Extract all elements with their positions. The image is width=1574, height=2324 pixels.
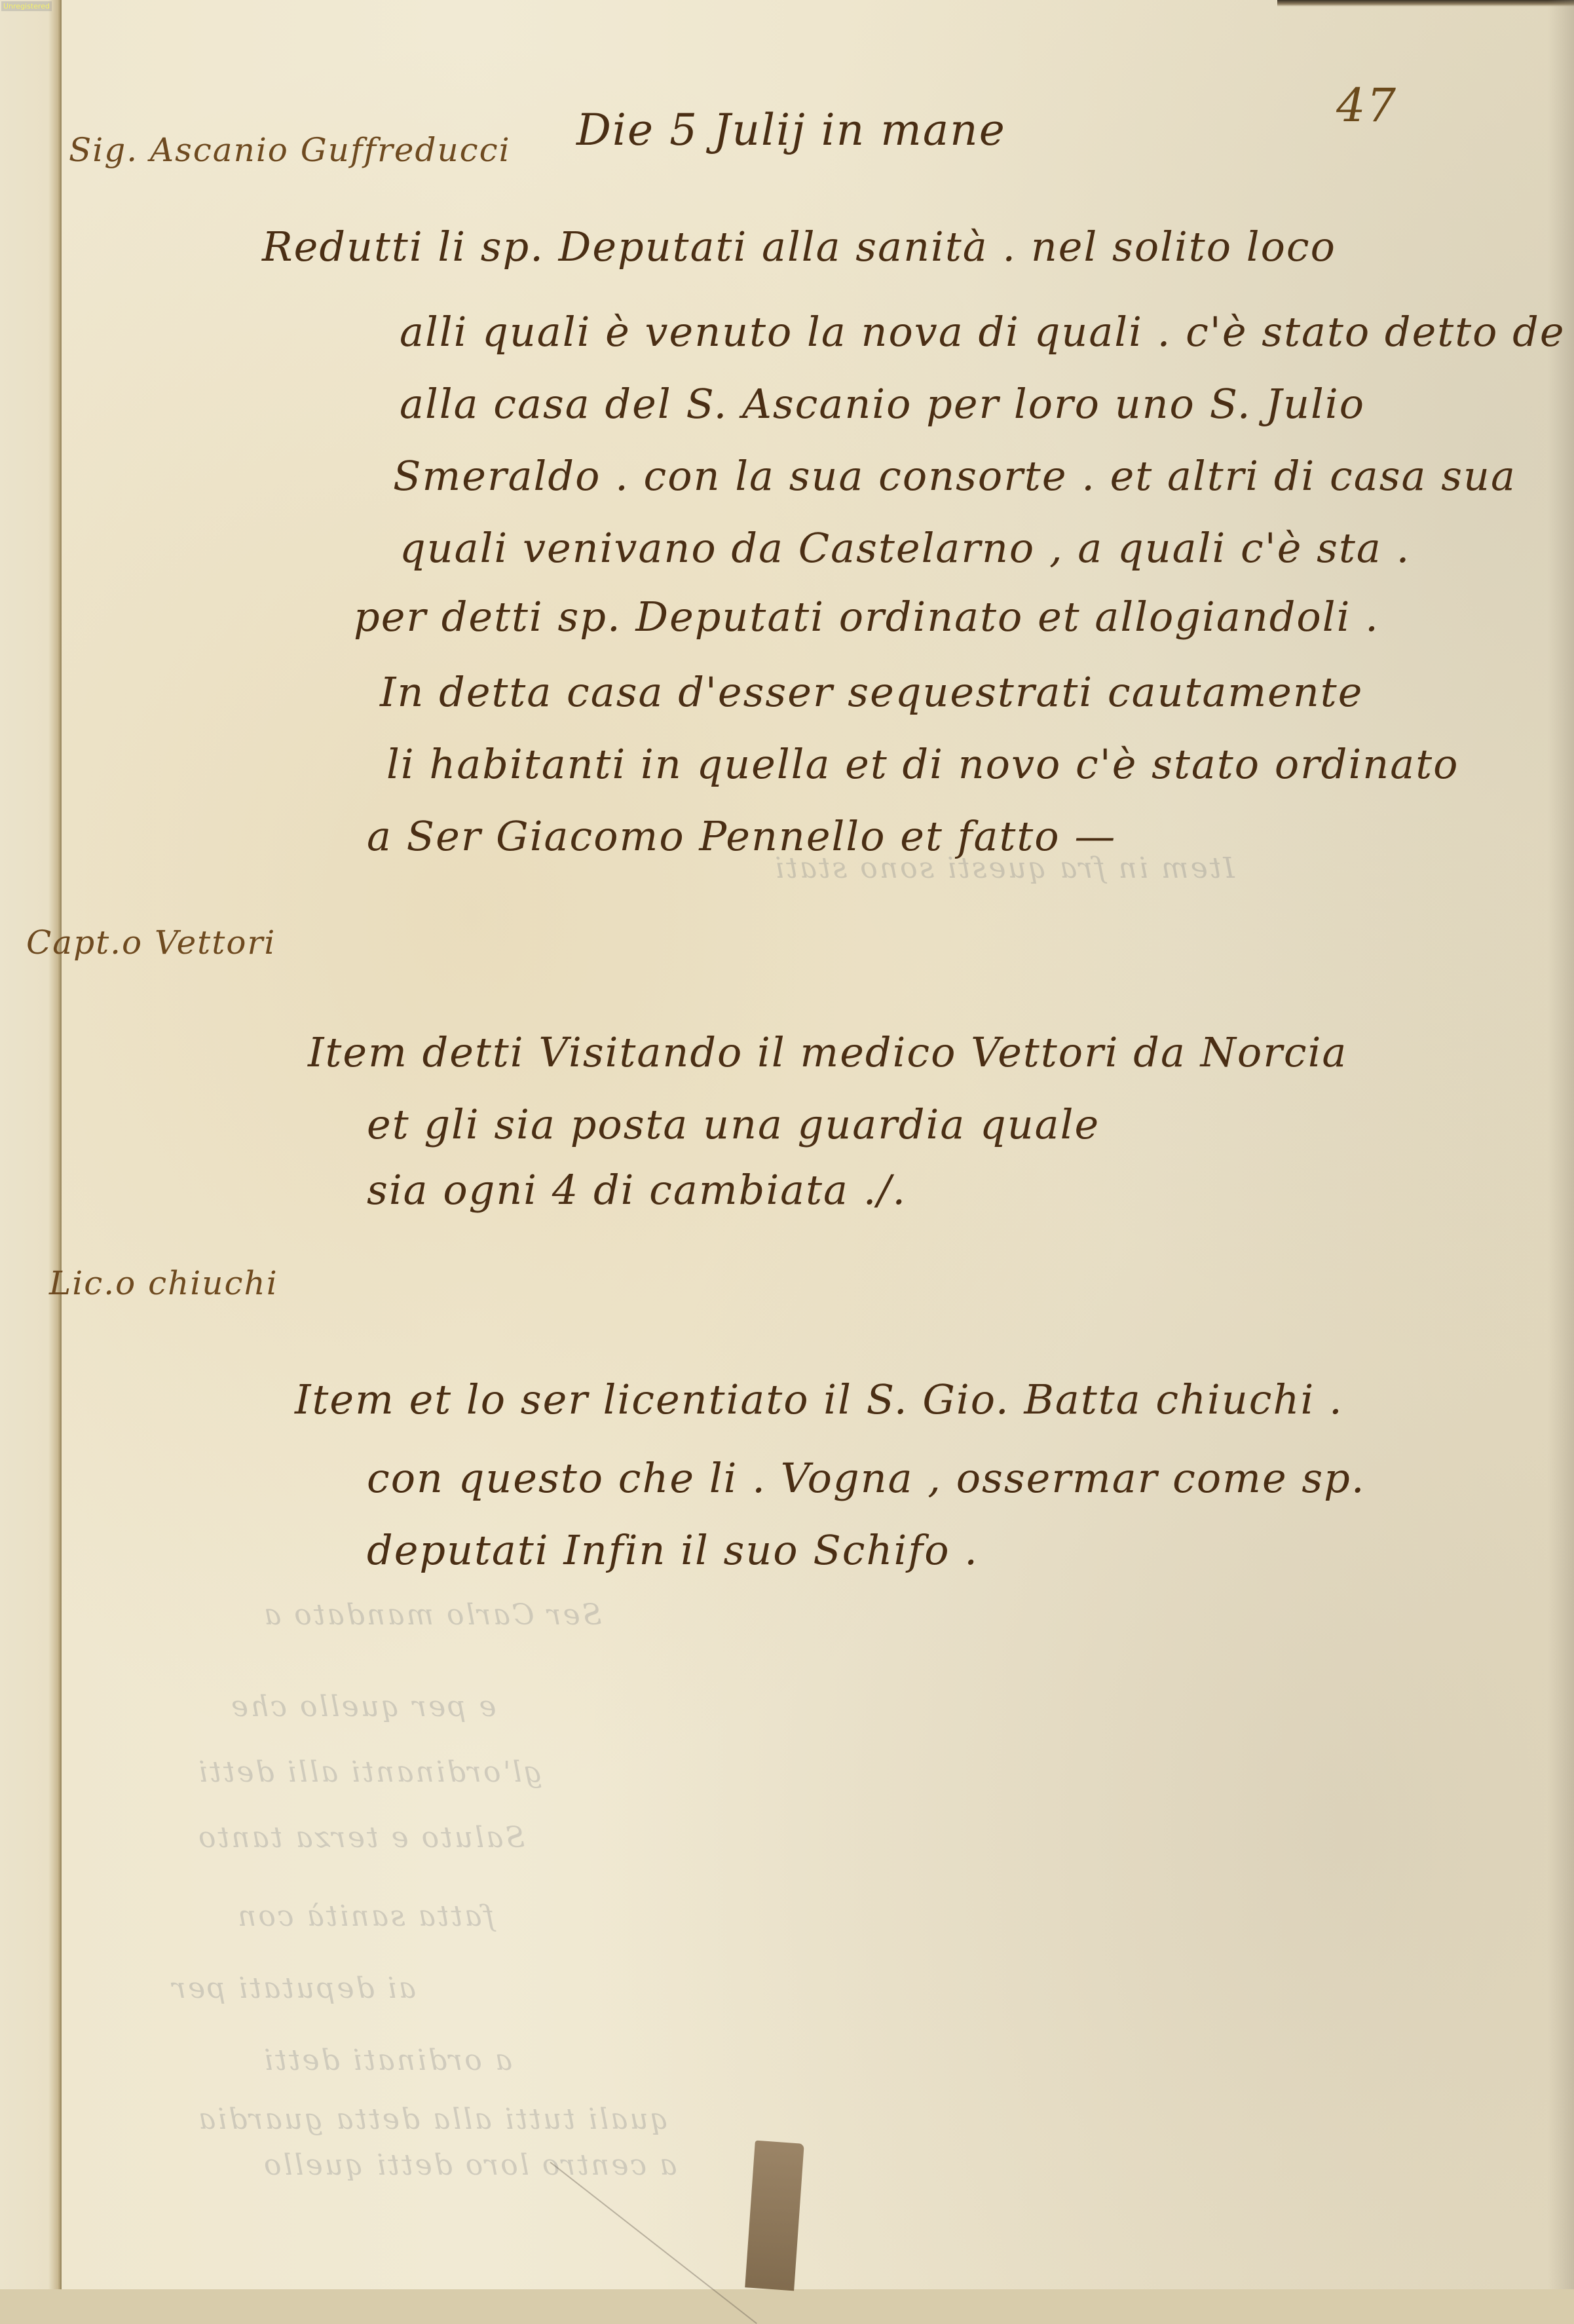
bleed-through-line: quali tutti alla detta guardia [197, 2103, 669, 2136]
facing-page-edge [0, 0, 62, 2289]
manuscript-page: Unregistered Item in fra questi sono sta… [0, 0, 1574, 2289]
entry-line: con questo che li . Vogna , ossermar com… [367, 1454, 1366, 1502]
watermark-label: Unregistered [1, 1, 52, 11]
entry-line: sia ogni 4 di cambiata ./. [367, 1166, 907, 1214]
bleed-through-line: a ordinati detti [262, 2044, 512, 2077]
margin-note: Lic.o chiuchi [49, 1264, 278, 1302]
entry-line: alla casa del S. Ascanio per loro uno S.… [400, 380, 1365, 428]
bleed-through-line: Saluto e terza tanto [197, 1821, 525, 1854]
bleed-through-line: a centro loro detti quello [262, 2148, 677, 2182]
bleed-through-line: e per quello che [229, 1690, 496, 1723]
bleed-through-line: gl'ordinanti alli detti [197, 1755, 542, 1789]
bleed-through-line: ai deputati per [170, 1972, 416, 2005]
entry-line: alli quali è venuto la nova di quali . c… [400, 308, 1574, 356]
entry-line: a Ser Giacomo Pennello et fatto — [367, 812, 1116, 860]
entry-line: Smeraldo . con la sua consorte . et altr… [393, 452, 1516, 500]
entry-line: In detta casa d'esser sequestrati cautam… [380, 668, 1363, 716]
entry-line: Item et lo ser licentiato il S. Gio. Bat… [295, 1376, 1343, 1423]
bleed-through-line: Ser Carlo mandato a [262, 1598, 602, 1632]
entry-line: Redutti li sp. Deputati alla sanità . ne… [262, 223, 1336, 271]
page-heading: Die 5 Julij in mane [576, 105, 1006, 155]
margin-note: Sig. Ascanio Guffreducci [69, 131, 511, 169]
bleed-through-line: fatta sanità con [236, 1900, 495, 1933]
entry-line: per detti sp. Deputati ordinato et allog… [354, 593, 1379, 641]
page-top-edge [1277, 0, 1574, 7]
entry-line: deputati Infin il suo Schifo . [367, 1526, 979, 1574]
margin-note: Capt.o Vettori [26, 924, 276, 962]
entry-line: Item detti Visitando il medico Vettori d… [308, 1028, 1347, 1076]
ink-stain-strip [745, 2141, 804, 2289]
folio-number: 47 [1336, 79, 1397, 132]
entry-line: et gli sia posta una guardia quale [367, 1100, 1100, 1148]
entry-line: li habitanti in quella et di novo c'è st… [386, 740, 1459, 788]
entry-line: quali venivano da Castelarno , a quali c… [400, 524, 1410, 572]
